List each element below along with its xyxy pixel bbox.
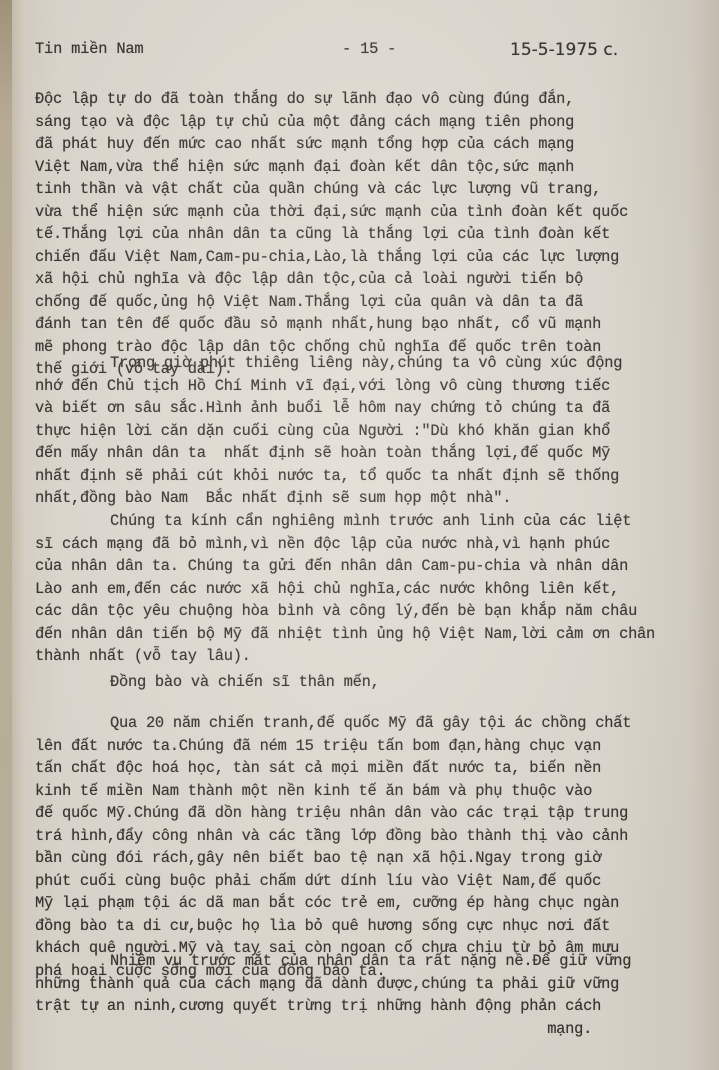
- paragraph-war-crimes: Qua 20 năm chiến tranh,đế quốc Mỹ đã gây…: [35, 712, 715, 982]
- text-line: và biết ơn sâu sắc.Hình ảnh buổi lễ hôm …: [35, 397, 715, 420]
- text-line: xã hội chủ nghĩa và độc lập dân tộc,của …: [35, 268, 715, 291]
- text-line: Mỹ lại phạm tội ác dã man bắt cóc trẻ em…: [35, 892, 715, 915]
- text-line: Đồng bào và chiến sĩ thân mến,: [35, 671, 715, 694]
- text-line: tấn chất độc hoá học, tàn sát cả mọi miề…: [35, 757, 715, 780]
- text-line: Độc lập tự do đã toàn thắng do sự lãnh đ…: [35, 88, 715, 111]
- paragraph-independence-victory: Độc lập tự do đã toàn thắng do sự lãnh đ…: [35, 88, 715, 381]
- text-line: kinh tế miền Nam thành một nền kinh tế ă…: [35, 780, 715, 803]
- text-line: phút cuối cùng buộc phải chấm dứt dính l…: [35, 870, 715, 893]
- text-line: Nhiệm vụ trước mắt của nhân dân ta rất n…: [35, 950, 715, 973]
- text-line: tế.Thắng lợi của nhân dân ta cũng là thắ…: [35, 223, 715, 246]
- text-line: trá hình,đẩy công nhân và các tầng lớp đ…: [35, 825, 715, 848]
- text-line: đến nhân dân tiến bộ Mỹ đã nhiệt tình ủn…: [35, 623, 715, 646]
- header-source-title: Tin miền Nam: [35, 40, 143, 58]
- scanned-document-page: Tin miền Nam - 15 - 15-5-1975 c. Độc lập…: [0, 0, 719, 1070]
- paragraph-martyrs-thanks: Chúng ta kính cẩn nghiêng mình trước anh…: [35, 510, 715, 668]
- text-line: lên đất nước ta.Chúng đã ném 15 triệu tấ…: [35, 735, 715, 758]
- text-line: trật tự an ninh,cương quyết trừng trị nh…: [35, 995, 715, 1018]
- text-line: vừa thể hiện sức mạnh của thời đại,sức m…: [35, 201, 715, 224]
- text-line: Lào anh em,đến các nước xã hội chủ nghĩa…: [35, 578, 715, 601]
- text-line: thực hiện lời căn dặn cuối cùng của Ngườ…: [35, 420, 715, 443]
- text-line: Trong giờ phút thiêng liêng này,chúng ta…: [35, 352, 715, 375]
- paragraph-salutation: Đồng bào và chiến sĩ thân mến,: [35, 671, 715, 694]
- text-line: Việt Nam,vừa thể hiện sức mạnh đại đoàn …: [35, 156, 715, 179]
- text-line: đến mấy nhân dân ta nhất định sẽ hoàn to…: [35, 442, 715, 465]
- text-line: tinh thần và vật chất của quần chúng và …: [35, 178, 715, 201]
- text-line: chống đế quốc,ủng hộ Việt Nam.Thắng lợi …: [35, 291, 715, 314]
- text-line: sáng tạo và độc lập tự chủ của một đảng …: [35, 111, 715, 134]
- text-line: đã phát huy đến mức cao nhất sức mạnh tổ…: [35, 133, 715, 156]
- handwritten-date: 15-5-1975 c.: [510, 40, 618, 60]
- text-line: những thành quả của cách mạng đã dành đư…: [35, 973, 715, 996]
- paragraph-tasks-ahead: Nhiệm vụ trước mắt của nhân dân ta rất n…: [35, 950, 715, 1040]
- text-line: sĩ cách mạng đã bỏ mình,vì nền độc lập c…: [35, 533, 715, 556]
- text-line: của nhân dân ta. Chúng ta gửi đến nhân d…: [35, 555, 715, 578]
- text-line: nhớ đến Chủ tịch Hồ Chí Minh vĩ đại,với …: [35, 375, 715, 398]
- text-line: Chúng ta kính cẩn nghiêng mình trước anh…: [35, 510, 715, 533]
- text-line: đế quốc Mỹ.Chúng đã dồn hàng triệu nhân …: [35, 802, 715, 825]
- text-line: đánh tan tên đế quốc đầu sỏ mạnh nhất,hu…: [35, 313, 715, 336]
- page-number: - 15 -: [342, 40, 396, 58]
- text-line: các dân tộc yêu chuộng hòa bình và công …: [35, 600, 715, 623]
- text-line: mạng.: [35, 1018, 715, 1041]
- paragraph-ho-chi-minh-tribute: Trong giờ phút thiêng liêng này,chúng ta…: [35, 352, 715, 510]
- text-line: chiến đấu Việt Nam,Cam-pu-chia,Lào,là th…: [35, 246, 715, 269]
- text-line: nhất,đồng bào Nam Bắc nhất định sẽ sum h…: [35, 487, 715, 510]
- text-line: nhất định sẽ phải cút khỏi nước ta, tổ q…: [35, 465, 715, 488]
- text-line: Qua 20 năm chiến tranh,đế quốc Mỹ đã gây…: [35, 712, 715, 735]
- text-line: bần cùng đói rách,gây nên biết bao tệ nạ…: [35, 847, 715, 870]
- text-line: thành nhất (vỗ tay lâu).: [35, 645, 715, 668]
- text-line: đồng bào ta di cư,buộc họ lìa bỏ quê hươ…: [35, 915, 715, 938]
